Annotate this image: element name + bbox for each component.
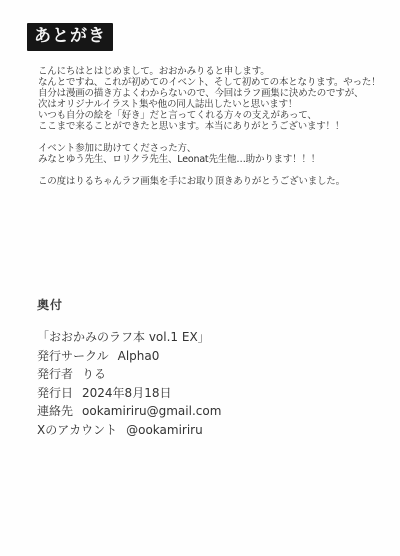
afterword-page: あとがき こんにちはとはじめまして。おおかみりると申します。 なんとですね、これ… [0,0,400,556]
afterword-heading: あとがき [27,23,113,51]
colophon-entry-publisher: 発行者 りる [37,365,221,384]
body-line: この度はりるちゃんラフ画集を手にお取り頂きありがとうございました。 [38,176,383,187]
colophon-entry-x-account: Xのアカウント @ookamiriru [37,421,221,440]
colophon-entry-date: 発行日 2024年8月18日 [37,384,221,403]
body-line: みなとゆう先生、ロリクラ先生、Leonat先生他…助かります！！！ [38,154,383,165]
colophon-label: Xのアカウント [37,421,117,440]
colophon-entry-contact: 連絡先 ookamiriru@gmail.com [37,402,221,421]
colophon-heading: 奥付 [37,296,63,313]
afterword-paragraph: こんにちはとはじめまして。おおかみりると申します。 なんとですね、これが初めての… [38,66,383,132]
colophon-label: 発行日 [37,384,73,403]
colophon-label: 連絡先 [37,402,73,421]
afterword-paragraph: この度はりるちゃんラフ画集を手にお取り頂きありがとうございました。 [38,176,383,187]
body-line: なんとですね、これが初めてのイベント、そして初めての本となります。やった！ [38,77,383,88]
contact-email: ookamiriru@gmail.com [82,402,221,421]
body-line: こんにちはとはじめまして。おおかみりると申します。 [38,66,383,77]
afterword-paragraph: イベント参加に助けてくださった方、 みなとゆう先生、ロリクラ先生、Leonat先… [38,143,383,165]
afterword-body-text: こんにちはとはじめまして。おおかみりると申します。 なんとですね、これが初めての… [38,66,383,187]
body-line: いつも自分の絵を「好き」だと言ってくれる方々の支えがあって、 [38,110,383,121]
body-line: イベント参加に助けてくださった方、 [38,143,383,154]
body-line: ここまで来ることができたと思います。本当にありがとうございます！！ [38,121,383,132]
body-line: 次はオリジナルイラスト集や他の同人誌出したいと思います！ [38,99,383,110]
colophon-label: 発行者 [37,365,73,384]
circle-name: Alpha0 [118,347,160,366]
x-account-handle: @ookamiriru [126,421,203,440]
book-title: 「おおかみのラフ本 vol.1 EX」 [37,328,221,347]
body-line: 自分は漫画の描き方よくわからないので、今回はラフ画集に決めたのですが、 [38,88,383,99]
colophon-entry-circle: 発行サークル Alpha0 [37,347,221,366]
colophon-block: 「おおかみのラフ本 vol.1 EX」 発行サークル Alpha0 発行者 りる… [37,328,221,439]
publication-date: 2024年8月18日 [82,384,171,403]
publisher-name: りる [82,365,106,384]
colophon-label: 発行サークル [37,347,109,366]
